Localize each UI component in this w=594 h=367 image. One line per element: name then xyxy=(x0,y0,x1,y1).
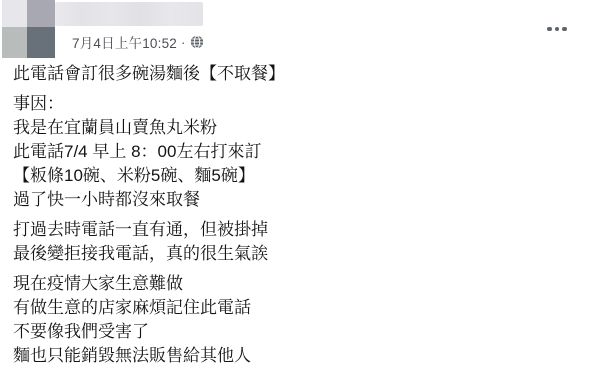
post-text-line: 此電話會訂很多碗湯麵後【不取餐】 xyxy=(13,62,584,86)
avatar-blur-block xyxy=(27,27,55,58)
post-paragraph: 現在疫情大家生意難做 有做生意的店家麻煩記住此電話 不要像我們受害了 麵也只能銷… xyxy=(13,272,584,367)
ellipsis-icon xyxy=(562,27,567,32)
avatar-blur-block xyxy=(2,27,27,58)
post-text-line: 現在疫情大家生意難做 xyxy=(13,272,584,296)
post-text-line: 【粄條10碗、米粉5碗、麵5碗】 xyxy=(13,164,584,188)
post-text-line: 事因： xyxy=(13,92,584,116)
meta-separator: · xyxy=(181,35,186,50)
post-meta: 7月4日上午10:52 · xyxy=(72,33,204,51)
post-paragraph: 事因： 我是在宜蘭員山賣魚丸米粉 此電話7/4 早上 8：00左右打來訂 【粄條… xyxy=(13,92,584,212)
post-text-line: 此電話7/4 早上 8：00左右打來訂 xyxy=(13,140,584,164)
globe-icon xyxy=(190,35,204,49)
ellipsis-icon xyxy=(547,27,552,32)
avatar[interactable] xyxy=(2,0,55,58)
avatar-blur-block xyxy=(27,0,55,27)
post-text-line: 我是在宜蘭員山賣魚丸米粉 xyxy=(13,116,584,140)
facebook-post: 7月4日上午10:52 · 此電話會訂很多碗湯麵後【不取餐】 事因： 我 xyxy=(0,0,594,367)
post-text-line: 不要像我們受害了 xyxy=(13,320,584,344)
ellipsis-icon xyxy=(555,27,560,32)
post-text-line: 有做生意的店家麻煩記住此電話 xyxy=(13,296,584,320)
post-text-line: 麵也只能銷毀無法販售給其他人 xyxy=(13,344,584,367)
avatar-blur-block xyxy=(2,0,27,27)
post-paragraph: 打過去時電話一直有通，但被掛掉 最後變拒接我電話，真的很生氣誒 xyxy=(13,218,584,266)
post-body: 此電話會訂很多碗湯麵後【不取餐】 事因： 我是在宜蘭員山賣魚丸米粉 此電話7/4… xyxy=(13,62,584,367)
author-name-redacted[interactable] xyxy=(55,2,203,26)
post-paragraph: 此電話會訂很多碗湯麵後【不取餐】 xyxy=(13,62,584,86)
post-text-line: 打過去時電話一直有通，但被掛掉 xyxy=(13,218,584,242)
more-options-button[interactable] xyxy=(540,18,574,40)
post-text-line: 過了快一小時都沒來取餐 xyxy=(13,188,584,212)
post-timestamp[interactable]: 7月4日上午10:52 xyxy=(72,32,177,52)
post-text-line: 最後變拒接我電話，真的很生氣誒 xyxy=(13,242,584,266)
